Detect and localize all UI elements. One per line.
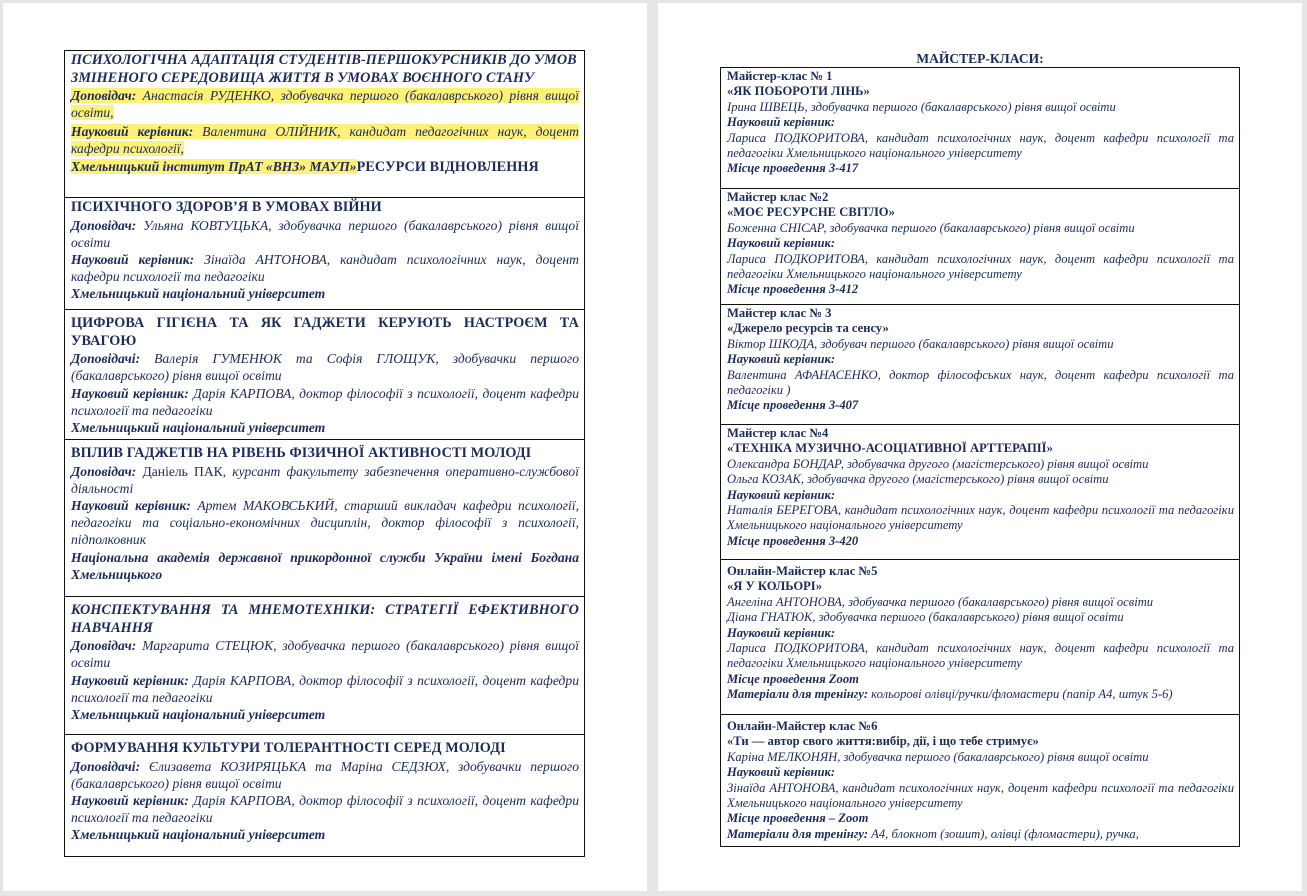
speaker-label: Доповідач: [71, 464, 136, 479]
talk-row: ПСИХОЛОГІЧНА АДАПТАЦІЯ СТУДЕНТІВ-ПЕРШОКУ… [65, 51, 584, 197]
workshop-title: «МОЄ РЕСУРСНЕ СВІТЛО» [727, 205, 1234, 220]
advisor-label: Науковий керівник: [727, 115, 1234, 130]
talk-row: ПСИХІЧНОГО ЗДОРОВ’Я В УМОВАХ ВІЙНИ Допов… [65, 197, 584, 309]
talk-title: ПСИХІЧНОГО ЗДОРОВ’Я В УМОВАХ ВІЙНИ [71, 199, 579, 217]
speaker-label: Доповідачі: [71, 759, 140, 774]
document-page-right: МАЙСТЕР-КЛАСИ: Майстер-клас № 1 «ЯК ПОБО… [658, 3, 1302, 891]
institution: Хмельницький інститут ПрАТ «ВНЗ» МАУП» [71, 159, 357, 174]
workshop-number: Майстер-клас № 1 [727, 69, 1234, 84]
speaker-text: Валерія ГУМЕНЮК та Софія ГЛОЩУК, здобува… [71, 351, 579, 383]
advisor-label: Науковий керівник: [727, 236, 1234, 251]
talk-row: ВПЛИВ ГАДЖЕТІВ НА РІВЕНЬ ФІЗИЧНОЇ АКТИВН… [65, 439, 584, 596]
workshop-presenter: Олександра БОНДАР, здобувачка другого (м… [727, 457, 1234, 472]
workshop-presenter: Ангеліна АНТОНОВА, здобувачка першого (б… [727, 595, 1234, 610]
advisor-text: Лариса ПОДКОРИТОВА, кандидат психологічн… [727, 252, 1234, 283]
materials-label: Матеріали для тренінгу: [727, 827, 868, 841]
speaker-text: Маргарита СТЕЦЮК, здобувачка першого (ба… [71, 638, 579, 670]
advisor-label: Науковий керівник: [71, 673, 189, 688]
speaker-label: Доповідач: [71, 638, 136, 653]
advisor-label: Науковий керівник: [727, 352, 1234, 367]
advisor-label: Науковий керівник: [71, 124, 193, 139]
workshop-presenter: Віктор ШКОДА, здобувач першого (бакалавр… [727, 337, 1234, 352]
workshop-row: Майстер клас №4 «ТЕХНІКА МУЗИЧНО-АСОЦІАТ… [721, 424, 1239, 559]
workshop-presenter: Ірина ШВЕЦЬ, здобувачка першого (бакалав… [727, 100, 1234, 115]
workshop-number: Майстер клас №2 [727, 190, 1234, 205]
talk-row: КОНСПЕКТУВАННЯ ТА МНЕМОТЕХНІКИ: СТРАТЕГІ… [65, 596, 584, 734]
advisor-text: Валентина АФАНАСЕНКО, доктор філософськи… [727, 368, 1234, 399]
workshop-location: Місце проведення 3-412 [727, 282, 1234, 297]
institution: Хмельницький національний університет [71, 419, 579, 436]
materials-label: Матеріали для тренінгу: [727, 687, 868, 701]
speaker-text: Анастасія РУДЕНКО, здобувачка першого (б… [71, 88, 579, 120]
workshops-table: Майстер-клас № 1 «ЯК ПОБОРОТИ ЛІНЬ» Ірин… [720, 67, 1240, 847]
workshop-row: Онлайн-Майстер клас №6 «Ти — автор свого… [721, 714, 1239, 848]
talk-title: ФОРМУВАННЯ КУЛЬТУРИ ТОЛЕРАНТНОСТІ СЕРЕД … [71, 740, 579, 758]
workshop-location: Місце проведення – Zoom [727, 811, 1234, 826]
workshop-title: «ТЕХНІКА МУЗИЧНО-АСОЦІАТИВНОЇ АРТТЕРАПІЇ… [727, 441, 1234, 456]
workshop-location: Місце проведення 3-420 [727, 534, 1234, 549]
advisor-text: Зінаїда АНТОНОВА, кандидат психологічних… [727, 781, 1234, 812]
advisor-label: Науковий керівник: [727, 488, 1234, 503]
advisor-label: Науковий керівник: [71, 386, 189, 401]
talk-title: ПСИХОЛОГІЧНА АДАПТАЦІЯ СТУДЕНТІВ-ПЕРШОКУ… [71, 52, 579, 87]
institution: Хмельницький національний університет [71, 826, 579, 843]
speaker-label: Доповідач: [71, 218, 136, 233]
advisor-text: Наталія БЕРЕГОВА, кандидат психологічних… [727, 503, 1234, 534]
advisor-label: Науковий керівник: [71, 793, 189, 808]
speaker-text: Ульяна КОВТУЦЬКА, здобувачка першого (ба… [71, 218, 579, 250]
speaker-label: Доповідачі: [71, 351, 140, 366]
speaker-name: Даніель ПАК, [136, 464, 226, 479]
workshop-row: Онлайн-Майстер клас №5 «Я У КОЛЬОРІ» Анг… [721, 559, 1239, 714]
advisor-label: Науковий керівник: [727, 765, 1234, 780]
advisor-label: Науковий керівник: [71, 252, 194, 267]
workshop-row: Майстер клас №2 «МОЄ РЕСУРСНЕ СВІТЛО» Бо… [721, 188, 1239, 304]
speaker-text: Єлизавета КОЗИРЯЦЬКА та Маріна СЕДЗЮХ, з… [71, 759, 579, 791]
talk-title: ЦИФРОВА ГІГІЄНА ТА ЯК ГАДЖЕТИ КЕРУЮТЬ НА… [71, 315, 579, 350]
materials-text: А4, блокнот (зошит), олівці (фломастери)… [868, 827, 1139, 841]
workshop-location: Місце проведення Zoom [727, 672, 1234, 687]
workshop-title: «ЯК ПОБОРОТИ ЛІНЬ» [727, 84, 1234, 99]
talk-row: ЦИФРОВА ГІГІЄНА ТА ЯК ГАДЖЕТИ КЕРУЮТЬ НА… [65, 309, 584, 439]
workshop-presenter: Боженна СНІСАР, здобувачка першого (бака… [727, 221, 1234, 236]
workshop-title: «Я У КОЛЬОРІ» [727, 579, 1234, 594]
institution: Національна академія державної прикордон… [71, 549, 579, 583]
institution: Хмельницький національний університет [71, 706, 579, 723]
advisor-label: Науковий керівник: [71, 498, 191, 513]
institution: Хмельницький національний університет [71, 285, 579, 302]
workshop-presenter: Каріна МЕЛКОНЯН, здобувачка першого (бак… [727, 750, 1234, 765]
workshop-row: Майстер-клас № 1 «ЯК ПОБОРОТИ ЛІНЬ» Ірин… [721, 68, 1239, 188]
advisor-name: Артем МАКОВСЬКИЙ, [191, 498, 338, 513]
workshop-row: Майстер клас № 3 «Джерело ресурсів та се… [721, 304, 1239, 424]
workshop-number: Онлайн-Майстер клас №6 [727, 719, 1234, 734]
next-talk-title-start: РЕСУРСИ ВІДНОВЛЕННЯ [357, 159, 539, 175]
workshop-presenter: Ольга КОЗАК, здобувачка другого (магісте… [727, 472, 1234, 487]
document-page-left: ПСИХОЛОГІЧНА АДАПТАЦІЯ СТУДЕНТІВ-ПЕРШОКУ… [3, 3, 647, 891]
workshop-location: Місце проведення 3-407 [727, 398, 1234, 413]
advisor-label: Науковий керівник: [727, 626, 1234, 641]
workshop-number: Майстер клас № 3 [727, 306, 1234, 321]
speaker-label: Доповідач: [71, 88, 136, 103]
talk-row: ФОРМУВАННЯ КУЛЬТУРИ ТОЛЕРАНТНОСТІ СЕРЕД … [65, 734, 584, 858]
workshop-presenter: Діана ГНАТЮК, здобувачка першого (бакала… [727, 610, 1234, 625]
talk-title: ВПЛИВ ГАДЖЕТІВ НА РІВЕНЬ ФІЗИЧНОЇ АКТИВН… [71, 445, 579, 463]
materials-text: кольорові олівці/ручки/фломастери (папір… [868, 687, 1173, 701]
advisor-text: Лариса ПОДКОРИТОВА, кандидат психологічн… [727, 641, 1234, 672]
workshop-title: «Ти — автор свого життя:вибір, дії, і що… [727, 734, 1234, 749]
advisor-text: Лариса ПОДКОРИТОВА, кандидат психологічн… [727, 131, 1234, 162]
workshop-title: «Джерело ресурсів та сенсу» [727, 321, 1234, 336]
talk-title: КОНСПЕКТУВАННЯ ТА МНЕМОТЕХНІКИ: СТРАТЕГІ… [71, 602, 579, 637]
workshop-location: Місце проведення 3-417 [727, 161, 1234, 176]
workshops-heading: МАЙСТЕР-КЛАСИ: [658, 51, 1302, 67]
workshop-number: Майстер клас №4 [727, 426, 1234, 441]
workshop-number: Онлайн-Майстер клас №5 [727, 564, 1234, 579]
talks-table: ПСИХОЛОГІЧНА АДАПТАЦІЯ СТУДЕНТІВ-ПЕРШОКУ… [64, 50, 585, 857]
